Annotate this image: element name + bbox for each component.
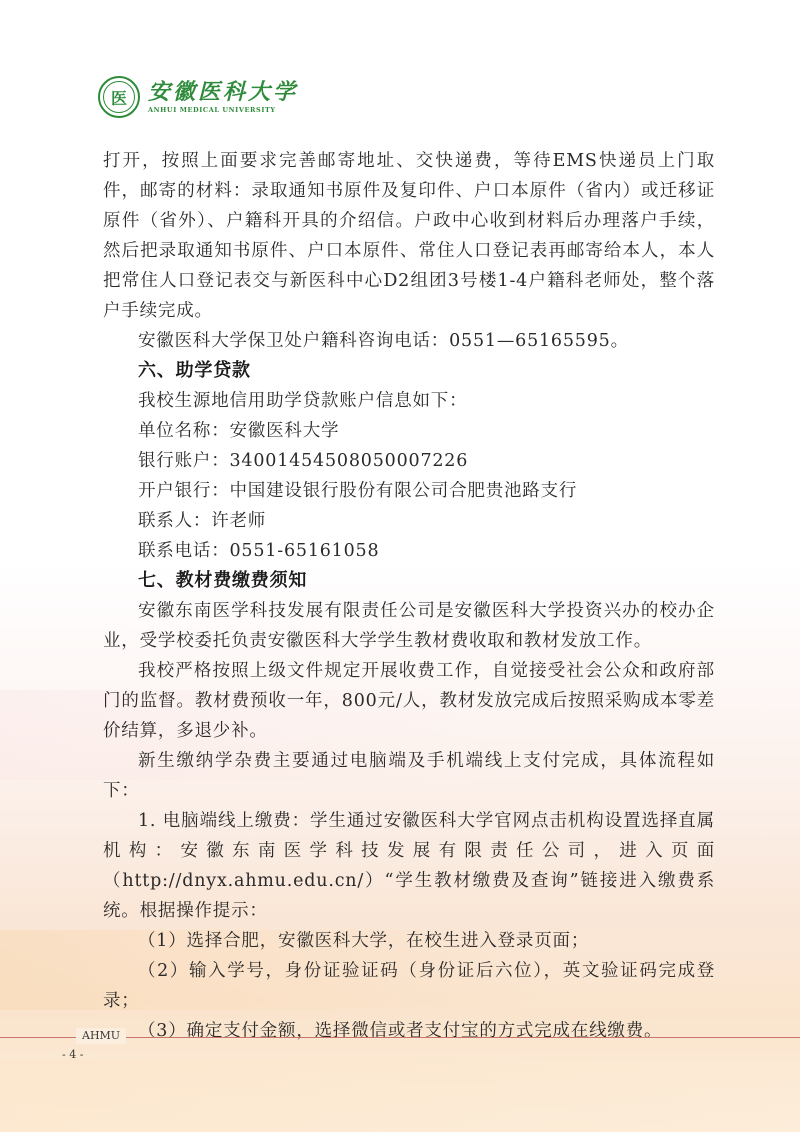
field-value: 安徽医科大学 — [230, 421, 340, 441]
section-heading-student-loan: 六、助学贷款 — [103, 356, 715, 386]
payment-step-1: （1）选择合肥，安徽医科大学，在校生进入登录页面； — [103, 926, 715, 956]
paragraph-contact-phone: 安徽医科大学保卫处户籍科咨询电话：0551—65165595。 — [103, 326, 715, 356]
field-label: 联系人： — [138, 511, 211, 531]
paragraph-fee-policy: 我校严格按照上级文件规定开展收费工作，自觉接受社会公众和政府部门的监督。教材费预… — [103, 656, 715, 746]
loan-field-contact-person: 联系人：许老师 — [103, 506, 715, 536]
field-label: 开户银行： — [138, 481, 230, 501]
logo-english-name: ANHUI MEDICAL UNIVERSITY — [148, 105, 298, 115]
field-label: 单位名称： — [138, 421, 230, 441]
paragraph-company-intro: 安徽东南医学科技发展有限责任公司是安徽医科大学投资兴办的校办企业，受学校委托负责… — [103, 596, 715, 656]
logo-chinese-name: 安徽医科大学 — [148, 79, 298, 105]
field-value: 0551-65161058 — [230, 541, 380, 561]
background-streak — [0, 1060, 800, 1132]
loan-intro: 我校生源地信用助学贷款账户信息如下： — [103, 386, 715, 416]
emblem-glyph: 医 — [103, 81, 135, 113]
field-value: 许老师 — [211, 511, 266, 531]
loan-field-bank: 开户银行：中国建设银行股份有限公司合肥贵池路支行 — [103, 476, 715, 506]
page-number: - 4 - — [62, 1048, 83, 1061]
loan-field-unit-name: 单位名称：安徽医科大学 — [103, 416, 715, 446]
paragraph-payment-methods: 新生缴纳学杂费主要通过电脑端及手机端线上支付完成，具体流程如下： — [103, 746, 715, 806]
university-logo: 医 安徽医科大学 ANHUI MEDICAL UNIVERSITY — [98, 76, 298, 118]
page-content: 打开，按照上面要求完善邮寄地址、交快递费，等待EMS快递员上门取件，邮寄的材料：… — [103, 146, 715, 1046]
field-value: 中国建设银行股份有限公司合肥贵池路支行 — [230, 481, 578, 501]
payment-step-2: （2）输入学号，身份证验证码（身份证后六位），英文验证码完成登录； — [103, 956, 715, 1016]
field-value: 34001454508050007226 — [230, 451, 469, 471]
paragraph-pc-payment: 1. 电脑端线上缴费：学生通过安徽医科大学官网点击机构设置选择直属机构：安徽东南… — [103, 806, 715, 926]
logo-wordmark: 安徽医科大学 ANHUI MEDICAL UNIVERSITY — [148, 79, 298, 115]
loan-field-bank-account: 银行账户：34001454508050007226 — [103, 446, 715, 476]
footer-label: AHMU — [76, 1028, 126, 1044]
university-emblem-icon: 医 — [98, 76, 140, 118]
field-label: 银行账户： — [138, 451, 230, 471]
section-heading-textbook-fee: 七、教材费缴费须知 — [103, 566, 715, 596]
paragraph-household-registration: 打开，按照上面要求完善邮寄地址、交快递费，等待EMS快递员上门取件，邮寄的材料：… — [103, 146, 715, 326]
loan-field-contact-phone: 联系电话：0551-65161058 — [103, 536, 715, 566]
payment-step-3: （3）确定支付金额，选择微信或者支付宝的方式完成在线缴费。 — [103, 1016, 715, 1046]
field-label: 联系电话： — [138, 541, 230, 561]
